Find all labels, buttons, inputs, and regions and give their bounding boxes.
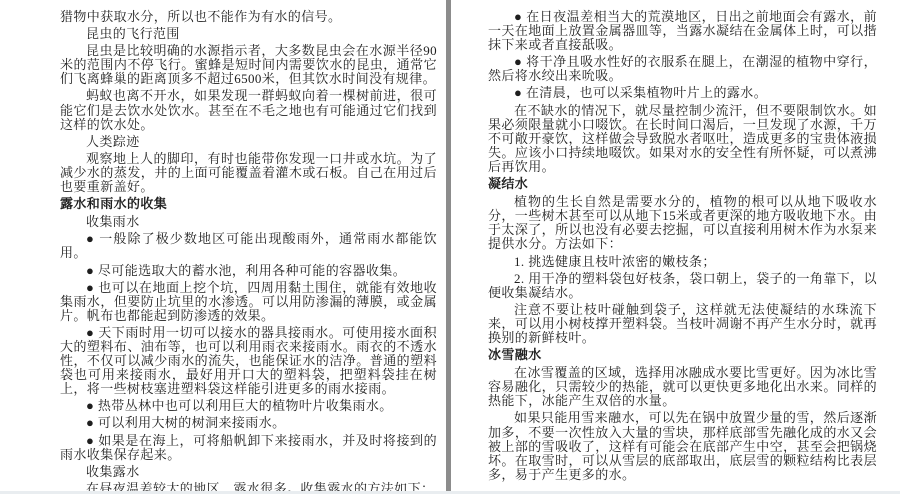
section-heading: 凝结水 <box>488 177 877 191</box>
bullet-item: ● 在日夜温差相当大的荒漠地区，日出之前地面会有露水，前一天在地面上放置金属器皿… <box>488 10 877 52</box>
sub-heading: 收集露水 <box>60 465 437 479</box>
left-page: 猎物中获取水分，所以也不能作为有水的信号。 昆虫的飞行范围 昆虫是比较明确的水源… <box>0 0 446 494</box>
paragraph: 注意不要让枝叶碰触到袋子，这样就无法使凝结的水珠流下来，可以用小树枝撑开塑料袋。… <box>488 303 877 345</box>
paragraph: 猎物中获取水分，所以也不能作为有水的信号。 <box>60 10 437 24</box>
bullet-item: ● 也可以在地面上挖个坑，四周用黏土围住，就能有效地收集雨水，但要防止坑里的水渗… <box>60 281 437 323</box>
paragraph: 昆虫是比较明确的水源指示者，大多数昆虫会在水源半径90米的范围内不停飞行。蜜蜂是… <box>60 44 437 86</box>
paragraph: 蚂蚁也离不开水，如果发现一群蚂蚁向着一棵树前进，很可能它们是去饮水处饮水。甚至在… <box>60 89 437 131</box>
bullet-item: ● 在清晨，也可以采集植物叶片上的露水。 <box>488 86 877 100</box>
bullet-item: ● 尽可能选取大的蓄水池，利用各种可能的容器收集。 <box>60 264 437 278</box>
section-heading: 冰雪融水 <box>488 348 877 362</box>
right-page: ● 在日夜温差相当大的荒漠地区，日出之前地面会有露水，前一天在地面上放置金属器皿… <box>451 0 900 494</box>
bullet-item: ● 将干净且吸水性好的衣服系在腿上，在潮湿的植物中穿行，然后将水绞出来吮吸。 <box>488 55 877 83</box>
sub-heading: 收集雨水 <box>60 215 437 229</box>
sub-heading: 人类踪迹 <box>60 135 437 149</box>
section-heading: 露水和雨水的收集 <box>60 197 437 211</box>
paragraph: 植物的生长自然是需要水分的，植物的根可以从地下吸收水分，一些树木甚至可以从地下1… <box>488 195 877 251</box>
paragraph: 观察地上人的脚印，有时也能带你发现一口井或水坑。为了减少水的蒸发，井的上面可能覆… <box>60 152 437 194</box>
paragraph: 如果只能用雪来融水，可以先在锅中放置少量的雪，然后逐渐加多，不要一次性放入大量的… <box>488 411 877 481</box>
bullet-item: ● 热带丛林中也可以利用巨大的植物叶片收集雨水。 <box>60 399 437 413</box>
numbered-item: 2. 用干净的塑料袋包好枝条，袋口朝上，袋子的一角靠下，以便收集凝结水。 <box>488 272 877 300</box>
bullet-item: ● 如果是在海上，可将船帆卸下来接雨水，并及时将接到的雨水收集保存起来。 <box>60 434 437 462</box>
bullet-item: ● 天下雨时用一切可以接水的器具接雨水。可使用接水面积大的塑料布、油布等，也可以… <box>60 326 437 396</box>
paragraph: 在不缺水的情况下，就尽量控制少流汗，但不要限制饮水。如果必须限量就小口啜饮。在长… <box>488 104 877 174</box>
bullet-item: ● 可以利用大树的树洞来接雨水。 <box>60 416 437 430</box>
numbered-item: 1. 挑选健康且枝叶浓密的嫩枝条； <box>488 255 877 269</box>
bullet-item: ● 一般除了极少数地区可能出现酸雨外，通常雨水都能饮用。 <box>60 232 437 260</box>
paragraph: 在冰雪覆盖的区域，选择用冰融成水要比雪更好。因为冰比雪容易融化，只需较少的热能，… <box>488 366 877 408</box>
book-spread: 猎物中获取水分，所以也不能作为有水的信号。 昆虫的飞行范围 昆虫是比较明确的水源… <box>0 0 900 494</box>
sub-heading: 昆虫的飞行范围 <box>60 27 437 41</box>
